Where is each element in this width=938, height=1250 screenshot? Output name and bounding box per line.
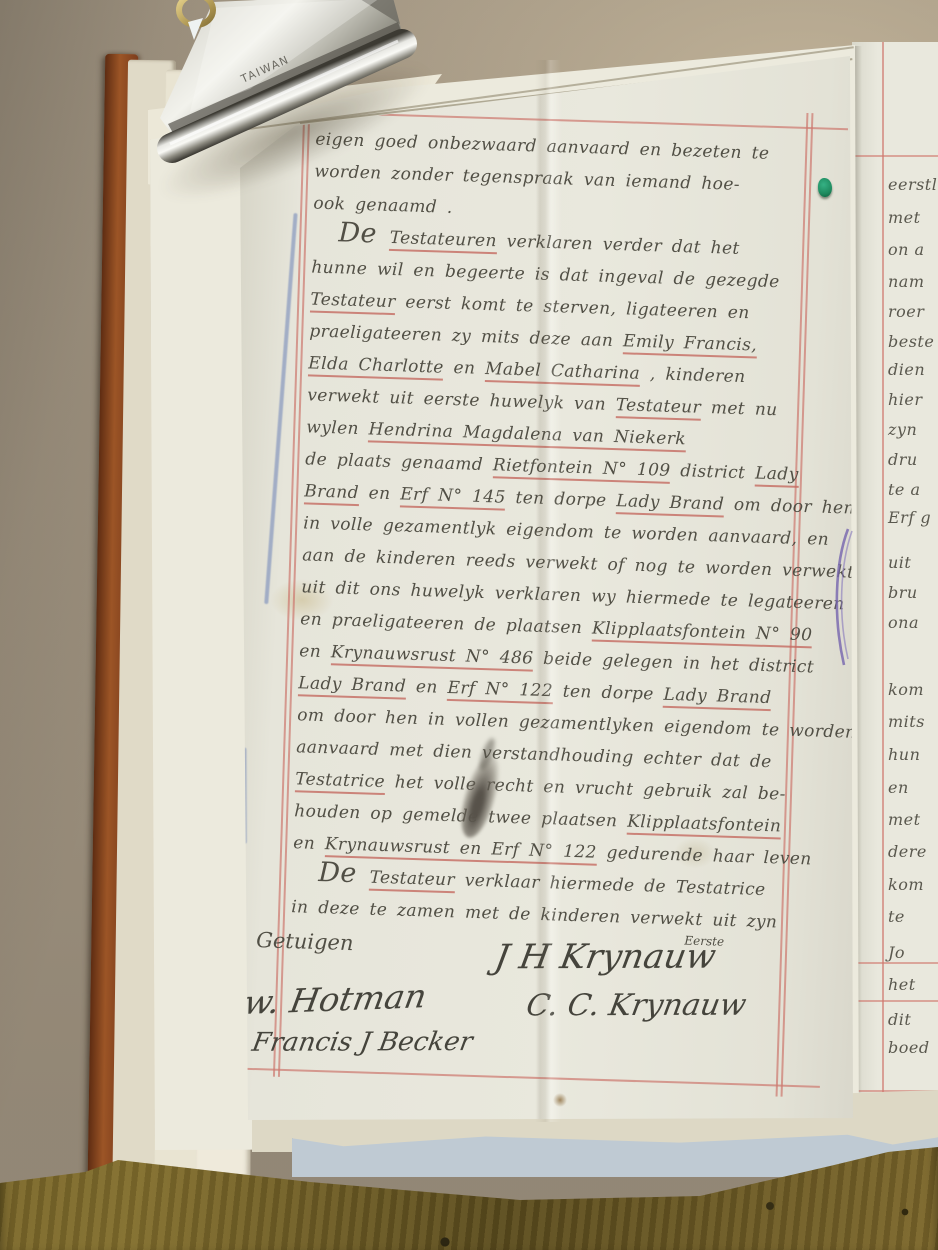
next-page-fragment: dien xyxy=(888,360,925,379)
next-page-fragment: dru xyxy=(888,450,918,469)
witnesses-label: Getuigen xyxy=(256,928,354,955)
text-segment: met nu xyxy=(701,398,778,420)
underlined-name: Testatrice xyxy=(295,769,385,795)
next-page-fragment: beste xyxy=(888,332,934,351)
underlined-name: Testateur xyxy=(615,395,701,421)
next-page-fragment: bru xyxy=(888,583,918,602)
text-segment: verwekt uit eerste huwelyk van xyxy=(307,385,616,415)
next-page-fragment: en xyxy=(888,778,909,797)
underlined-name: Emily Francis, xyxy=(623,331,758,358)
manuscript-line: hunne wil en begeerte is dat ingeval de … xyxy=(311,257,811,293)
text-segment: eerst komt te sterven, ligateeren en xyxy=(395,292,750,323)
next-page: eerstlmeton anamroerbestedienhierzyndrut… xyxy=(852,42,938,1140)
text-segment: om door hen in vollen gezamentlyken eige… xyxy=(297,705,857,743)
text-segment: en xyxy=(406,677,448,698)
underlined-name: Testateur xyxy=(310,289,396,315)
signature-witness-1: Ew. Hotman xyxy=(217,976,430,1022)
bulldog-clip: TAIWAN xyxy=(140,0,440,169)
text-segment: wylen xyxy=(306,417,369,439)
next-page-fragment: hier xyxy=(888,390,923,409)
next-page-fragment: ona xyxy=(888,613,919,632)
underlined-name: Erf N° 145 xyxy=(400,484,506,510)
blue-crayon-mark xyxy=(264,213,297,604)
signature-witness-2: Francis J Becker xyxy=(250,1027,475,1058)
text-segment: en xyxy=(299,641,331,662)
ruling-line-red xyxy=(852,155,938,157)
next-page-fragment: te a xyxy=(888,480,921,499)
text-segment: het volle recht en vrucht gebruik zal be… xyxy=(385,772,786,805)
signature-testator: J H Krynauw xyxy=(492,937,719,978)
text-segment: aan de kinderen reeds verwekt of nog te … xyxy=(302,545,855,582)
text-segment: uit dit ons huwelyk verklaren wy hiermed… xyxy=(301,577,845,614)
next-page-fragment: roer xyxy=(888,302,924,321)
green-wax-spot xyxy=(818,178,832,197)
text-segment: praeligateeren zy mits deze aan xyxy=(309,321,623,351)
underlined-name: Lady Brand xyxy=(616,491,725,517)
text-segment: aanvaard met dien verstandhouding echter… xyxy=(296,737,772,772)
underlined-name: Lady Brand xyxy=(663,685,772,711)
text-segment: en xyxy=(443,358,485,379)
next-page-fragment: met xyxy=(888,208,921,227)
text-segment: ten dorpe xyxy=(553,681,664,704)
photo-of-manuscript-book: eerstlmeton anamroerbestedienhierzyndrut… xyxy=(0,0,938,1250)
next-page-fragment: met xyxy=(888,810,921,829)
text-segment: om door hen xyxy=(724,495,855,519)
underlined-name: Rietfontein N° 109 xyxy=(492,455,670,484)
next-page-fragment: zyn xyxy=(888,420,917,439)
next-page-fragment: dit xyxy=(888,1010,911,1029)
next-page-fragment: nam xyxy=(888,272,925,291)
text-segment: in volle gezamentlyk eigendom te worden … xyxy=(303,513,829,550)
text-segment: , kinderen xyxy=(640,364,746,387)
margin-rule-red xyxy=(882,42,884,1140)
text-segment: gedurende haar leven xyxy=(596,843,811,870)
underlined-name: Testateur xyxy=(369,868,455,894)
text-segment: ten dorpe xyxy=(505,488,616,511)
underlined-name: Testateuren xyxy=(389,228,497,254)
manuscript-line: De Testateuren verklaren verder dat het xyxy=(312,225,838,262)
text-segment: en xyxy=(359,483,401,504)
text-segment: ook genaamd . xyxy=(313,194,453,218)
ruling-line-red xyxy=(852,962,938,964)
text-segment: en xyxy=(293,833,325,854)
next-page-fragment: Erf g xyxy=(888,508,931,527)
next-page-fragment: mits xyxy=(888,712,925,731)
text-segment: district xyxy=(670,461,755,484)
ruling-line-red xyxy=(230,1067,820,1087)
next-page-fragment: hun xyxy=(888,745,920,764)
next-page-fragment: kom xyxy=(888,875,924,894)
underlined-name: Lady xyxy=(755,464,799,488)
text-segment: De xyxy=(338,217,390,250)
underlined-name: Krynauwsrust N° 486 xyxy=(330,642,533,671)
next-page-fragment: on a xyxy=(888,240,925,259)
ruling-line-red xyxy=(852,1000,938,1002)
next-page-fragment: te xyxy=(888,907,905,926)
text-segment: De xyxy=(318,857,370,890)
underlined-name: Brand xyxy=(304,481,359,506)
page-fold-crease xyxy=(535,60,561,1122)
next-page-fragment: eerstl xyxy=(888,175,937,194)
underlined-name: Elda Charlotte xyxy=(308,353,444,380)
underlined-name: Klipplaatsfontein N° 90 xyxy=(592,618,813,648)
page-ruling-and-text: eigen goed onbezwaard aanvaard en bezete… xyxy=(209,29,857,1123)
next-page-fragment: Jo xyxy=(888,943,905,962)
text-segment: de plaats genaamd xyxy=(305,449,493,475)
underlined-name: Mabel Catharina xyxy=(485,359,641,387)
text-segment: beide gelegen in het district xyxy=(533,649,814,678)
underlined-name: Lady Brand xyxy=(298,673,407,699)
violet-pen-mark xyxy=(826,525,860,670)
next-page-fragment: dere xyxy=(888,842,927,861)
underlined-name: Klipplaatsfontein xyxy=(627,812,782,840)
text-segment: verklaar hiermede de Testatrice xyxy=(455,870,766,900)
next-page-fragment: het xyxy=(888,975,916,994)
next-page-fragment: kom xyxy=(888,680,924,699)
text-segment: verklaren verder dat het xyxy=(497,231,740,259)
next-page-fragment: uit xyxy=(888,553,911,572)
underlined-name: Hendrina Magdalena van Niekerk xyxy=(368,419,686,452)
next-page-fragment: boed xyxy=(888,1038,930,1057)
